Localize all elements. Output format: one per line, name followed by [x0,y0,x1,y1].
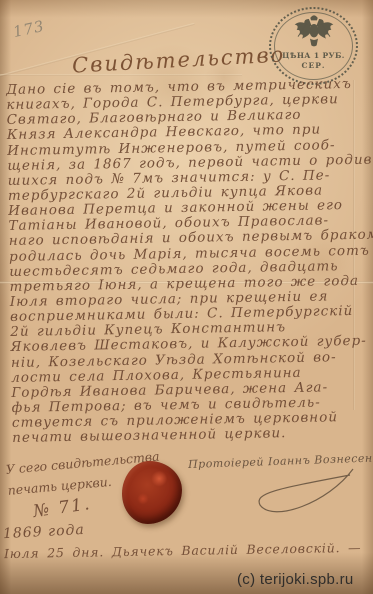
wax-seal [122,461,182,524]
archive-pencil-number: 173 [11,17,46,41]
stamp-inner-ring [274,12,353,80]
revenue-stamp: ЦѢНА 1 РУБ. СЕР. [269,7,358,85]
site-watermark: (c) terijoki.spb.ru [237,571,354,588]
handwritten-body: Дано сіе въ томъ, что въ метрическихъкни… [6,77,373,447]
document-title: Свидѣтельство [72,42,286,77]
clerk-date-line: Іюля 25 дня. Дьячекъ Василій Веселовскій… [4,540,356,561]
signature-flourish-icon [228,463,358,521]
document-photo: 173 Свидѣтельство ЦѢНА 1 РУБ. СЕР. [0,0,373,594]
year-note: 1869 года [3,522,86,542]
certificate-number: № 71. [32,494,93,522]
